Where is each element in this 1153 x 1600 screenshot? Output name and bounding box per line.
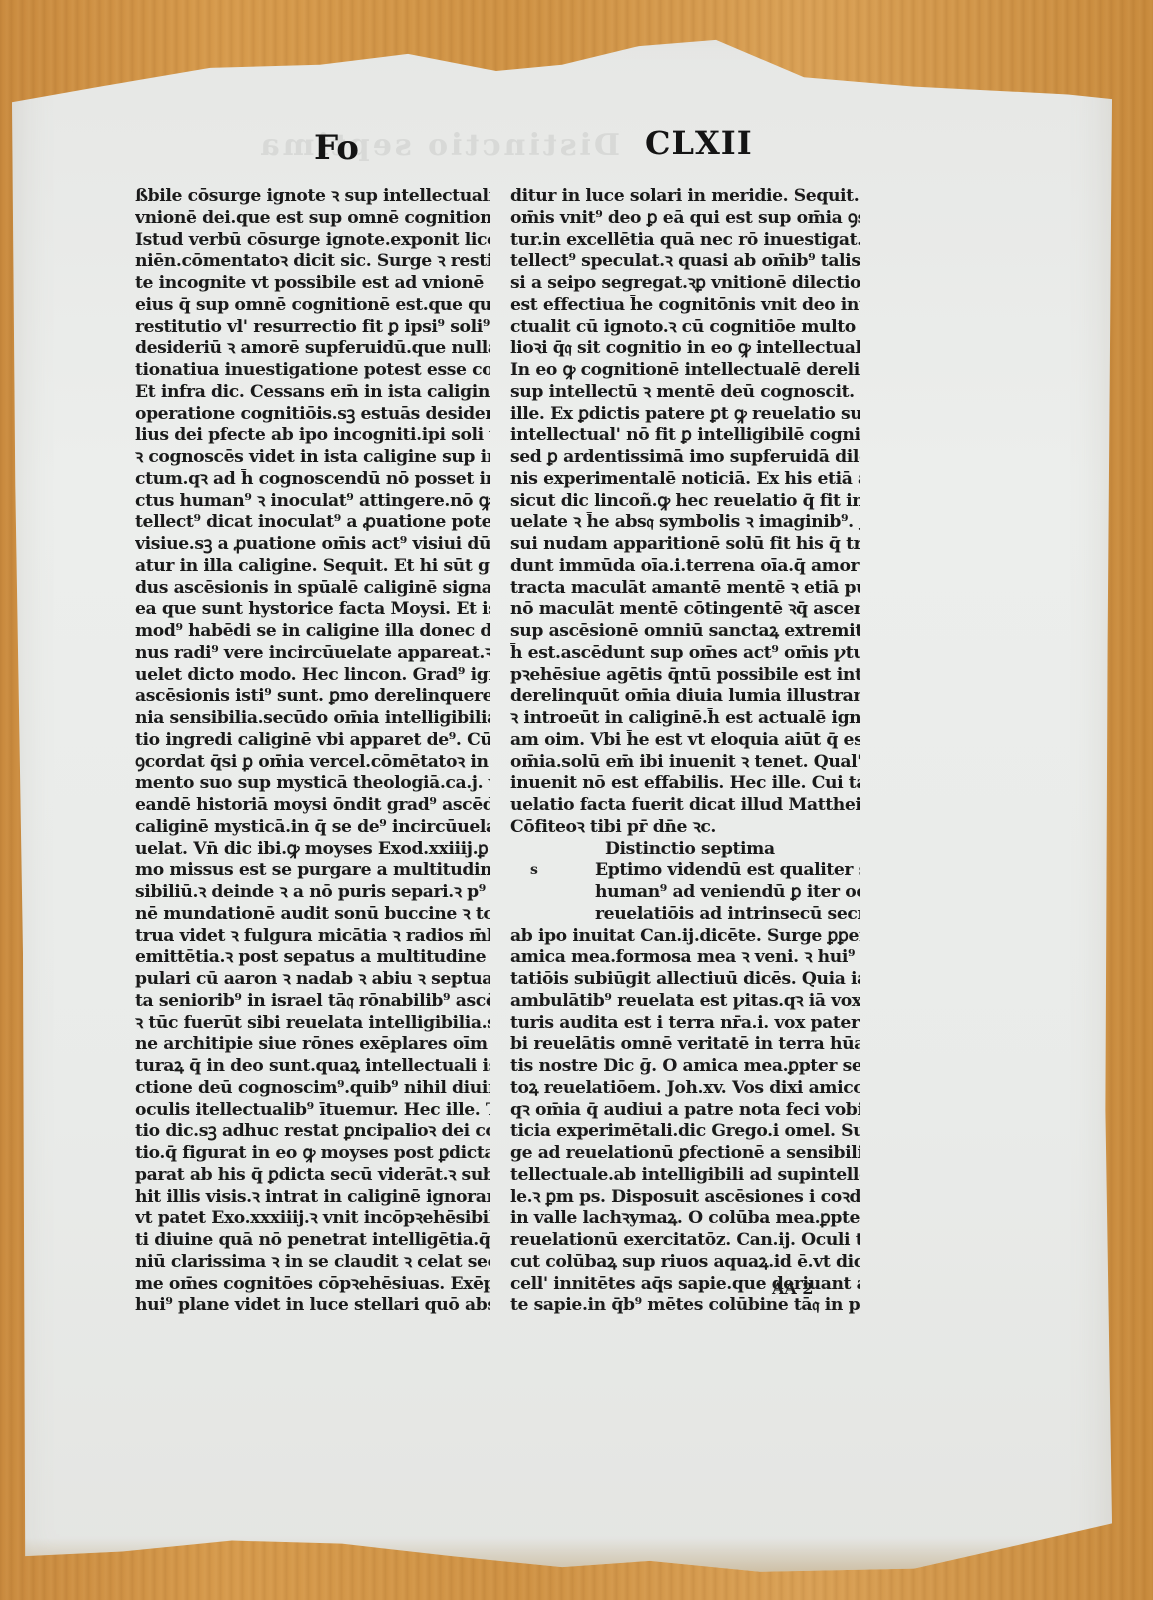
text-line: visiue.sꝫ a ꝓuatione om̄is act⁹ visiui d… [135,534,490,556]
text-line: om̄is vnit⁹ deo ꝑ eā qui est sup om̄ia ꝯ… [510,208,860,230]
text-line: pꝛehēsiue agētis q̄ntū possibile est int… [510,665,860,687]
text-line: uelate ꝛ h̄e abs𝔮 symbolis ꝛ imaginib⁹. … [510,512,860,534]
text-line: ßbile cōsurge ignote ꝛ sup intellectuali… [135,186,490,208]
text-line: ꝛ cognoscēs videt in ista caligine sup i… [135,447,490,469]
text-line: si a seipo segregat.ꝛꝑ vnitionē dilectio… [510,273,860,295]
text-line: turis audita est i terra nr̄a.i. vox pat… [510,1013,860,1035]
text-line: hui⁹ plane videt in luce stellari quō ab… [135,1295,490,1317]
text-line: lioꝛi q̄𝔮 sit cognitio in eo ꝙ intellect… [510,338,860,360]
text-line: cut colūbaꝝ sup riuos aquaꝝ.id ē.vt dic … [510,1252,860,1274]
text-line: ctione deū cognoscim⁹.quib⁹ nihil diuini… [135,1078,490,1100]
text-line: am oim. Vbi h̄e est vt eloquia aiūt q̄ e… [510,730,860,752]
text-line: turaꝝ q̄ in deo sunt.quaꝝ intellectuali … [135,1056,490,1078]
text-line: eius q̄ sup omnē cognitionē est.que quid… [135,295,490,317]
text-line: ctum.qꝛ ad h̄ cognoscendū nō posset inte… [135,469,490,491]
text-line: tellectuale.ab intelligibili ad supintel… [510,1165,860,1187]
text-line: qꝛ om̄ia q̄ audiui a patre nota feci vob… [510,1100,860,1122]
section-heading: Distinctio septima [510,839,860,861]
text-line: ascēsionis isti⁹ sunt. ꝑmo derelinquere … [135,686,490,708]
text-line: tellect⁹ dicat inoculat⁹ a ꝓuatione pote… [135,512,490,534]
text-line: est effectiua h̄e cognitōnis vnit deo in… [510,295,860,317]
text-line: te sapie.in q̄b⁹ mētes colūbine tā𝔮 in p… [510,1295,860,1317]
text-line: dus ascēsionis in spūalē caliginē signat… [135,578,490,600]
text-line: ti diuine quā nō penetrat intelligētia.q… [135,1230,490,1252]
text-line: eandē historiā moysi ōndit grad⁹ ascēden… [135,795,490,817]
text-line: ea que sunt hystorice facta Moysi. Et is… [135,599,490,621]
text-line: h̄ est.ascēdunt sup om̄es act⁹ om̄is ꝩtu… [510,643,860,665]
text-line: te incognite vt possibile est ad vnionē … [135,273,490,295]
text-line: vnionē dei.que est sup omnē cognitionem. [135,208,490,230]
text-line: Cōfiteoꝛ tibi pr̄ dn̄e ꝛc. [510,817,860,839]
text-line: tis nostre Dic ḡ. O amica mea.ꝑpter secr… [510,1056,860,1078]
section-opening-line: human⁹ ad veniendū ꝑ iter occulte [510,882,860,904]
text-line: sui nudam apparitionē solū fit his q̄ tr… [510,534,860,556]
text-line: mento suo sup mysticā theologiā.ca.j. vb… [135,773,490,795]
text-line: tracta maculāt amantē mentē ꝛ etiā pura … [510,578,860,600]
text-line: ambulātib⁹ reuelata est ꝩitas.qꝛ iā vox … [510,991,860,1013]
section-opening-line: Eptimo videndū est qualiter spūs [510,860,860,882]
text-line: uelat. Vn̄ dic ibi.ꝙ moyses Exod.xxiiij.… [135,839,490,861]
text-column-left: ßbile cōsurge ignote ꝛ sup intellectuali… [135,186,490,1317]
text-line: ctus human⁹ ꝛ inoculat⁹ attingere.nō ꝙ i… [135,491,490,513]
text-line: toꝝ reuelatiōem. Joh.xv. Vos dixi amicos [510,1078,860,1100]
text-line: tellect⁹ speculat.ꝛ quasi ab om̄ib⁹ tali… [510,251,860,273]
text-line: le.ꝛ ꝑm ps. Disposuit ascēsiones i coꝛde… [510,1187,860,1209]
text-line: nia sensibilia.secūdo om̄ia intelligibil… [135,708,490,730]
text-line: ctualit cū ignoto.ꝛ cū cognitiōe multo m… [510,317,860,339]
text-line: In eo ꝙ cognitionē intellectualē derelin… [510,360,860,382]
text-line: atur in illa caligine. Sequit. Et hi sūt… [135,556,490,578]
text-line: mo missus est se purgare a multitudine s… [135,860,490,882]
text-line: restitutio vl' resurrectio fit ꝑ ipsi⁹ s… [135,317,490,339]
text-line: in valle lachꝛymaꝝ. O colūba mea.ꝑpter [510,1208,860,1230]
signature-mark: AA 2 [772,1279,814,1298]
text-line: sed ꝑ ardentissimā imo supferuidā dilect… [510,447,860,469]
text-line: uelet dicto modo. Hec lincon. Grad⁹ igit [135,665,490,687]
text-line: niū clarissima ꝛ in se claudit ꝛ celat s… [135,1252,490,1274]
text-line: ꝛ introeūt in caliginē.h̄ est actualē ig… [510,708,860,730]
text-line: ab ipo inuitat Can.ij.dicēte. Surge ꝑꝑer… [510,926,860,948]
text-line: uelatio facta fuerit dicat illud Matthei… [510,795,860,817]
text-line: sup intellectū ꝛ mentē deū cognoscit. He… [510,382,860,404]
text-line: ille. Ex ꝑdictis patere ꝑt ꝙ reuelatio s… [510,404,860,426]
folio-label: Fo [314,128,359,168]
text-line: tio ingredi caliginē vbi apparet de⁹. Cū… [135,730,490,752]
text-line: ta seniorib⁹ in israel tā𝔮 rōnabilib⁹ as… [135,991,490,1013]
text-line: tur.in excellētia quā nec rō inuestigat.… [510,230,860,252]
text-line: om̄ia.solū em̄ ibi inuenit ꝛ tenet. Qual… [510,752,860,774]
text-line: ticia experimētali.dic Grego.i omel. Sur [510,1121,860,1143]
text-line: ꝛ tūc fuerūt sibi reuelata intelligibili… [135,1013,490,1035]
text-line: sup ascēsionē omniū sanctaꝝ extremitatum [510,621,860,643]
text-line: lius dei pfecte ab ipo incogniti.ipi sol… [135,425,490,447]
text-line: ꝯcordat q̄si ꝑ om̄ia vercel.cōmētatoꝛ in… [135,752,490,774]
text-line: Istud verbū cōsurge ignote.exponit lico/ [135,230,490,252]
text-line: intellectual' nō fit ꝑ intelligibilē cog… [510,425,860,447]
show-through-text: Distinctio septima [240,128,620,168]
text-line: Et infra dic. Cessans em̄ in ista caligi… [135,382,490,404]
text-line: nus radi⁹ vere incircūuelate appareat.ꝛ … [135,643,490,665]
text-line: me om̄es cognitōes cōpꝛehēsiuas. Exēplū [135,1274,490,1296]
text-line: trua videt ꝛ fulgura micātia ꝛ radios m̄… [135,926,490,948]
text-line: tio dic.sꝫ adhuc restat ꝑncipalioꝛ dei c… [135,1121,490,1143]
folio-number: CLXII [645,124,753,162]
guide-letter: s [530,862,538,878]
text-line: operatione cognitiōis.sꝫ estuās desideri… [135,404,490,426]
text-line: mod⁹ habēdi se in caligine illa donec di… [135,621,490,643]
text-line: oculis itellectualib⁹ ītuemur. Hec ille.… [135,1100,490,1122]
text-line: sicut dic lincoñ.ꝙ hec reuelatio q̄ fit … [510,491,860,513]
text-line: vt patet Exo.xxxiiij.ꝛ vnit incōpꝛehēsib… [135,1208,490,1230]
text-line: inuenit nō est effabilis. Hec ille. Cui … [510,773,860,795]
text-line: tio.q̄ figurat in eo ꝙ moyses post ꝑdict… [135,1143,490,1165]
text-line: sibiliū.ꝛ deinde ꝛ a nō puris separi.ꝛ p… [135,882,490,904]
text-line: ditur in luce solari in meridie. Sequit.… [510,186,860,208]
text-line: desideriū ꝛ amorē supferuidū.que nulla r… [135,338,490,360]
text-line: derelinquūt om̄ia diuia lumia illustrant… [510,686,860,708]
section-opening-line: reuelatiōis ad intrinsecū secretū dn̄i [510,904,860,926]
text-line: niēn.cōmentatoꝛ dicit sic. Surge ꝛ resti… [135,251,490,273]
text-line: tionatiua inuestigatione potest esse cog… [135,360,490,382]
text-line: emittētia.ꝛ post sepatus a multitudine p… [135,947,490,969]
text-line: nē mundationē audit sonū buccine ꝛ toni/ [135,904,490,926]
text-line: dunt immūda oīa.i.terrena oīa.q̄ amore c… [510,556,860,578]
text-line: amica mea.formosa mea ꝛ veni. ꝛ hui⁹ inu… [510,947,860,969]
text-line: pulari cū aaron ꝛ nadab ꝛ abiu ꝛ septuag… [135,969,490,991]
text-line: nis experimentalē noticiā. Ex his etiā a… [510,469,860,491]
text-line: reuelationū exercitatōz. Can.ij. Oculi t… [510,1230,860,1252]
text-line: tatiōis subiūgit allectiuū dicēs. Quia i… [510,969,860,991]
text-line: ge ad reuelationū ꝑfectionē a sensibili … [510,1143,860,1165]
text-line: caliginē mysticā.in q̄ se de⁹ incircūuel… [135,817,490,839]
text-line: bi reuelātis omnē veritatē in terra hūan… [510,1034,860,1056]
text-line: parat ab his q̄ ꝑdicta secū viderāt.ꝛ su… [135,1165,490,1187]
text-line: nō maculāt mentē cōtingentē ꝛq̄ ascendun… [510,599,860,621]
text-line: ne architipie siue rōnes exēplares oīm c… [135,1034,490,1056]
text-column-right: ditur in luce solari in meridie. Sequit.… [510,186,860,1317]
text-line: hit illis visis.ꝛ intrat in caliginē ign… [135,1187,490,1209]
